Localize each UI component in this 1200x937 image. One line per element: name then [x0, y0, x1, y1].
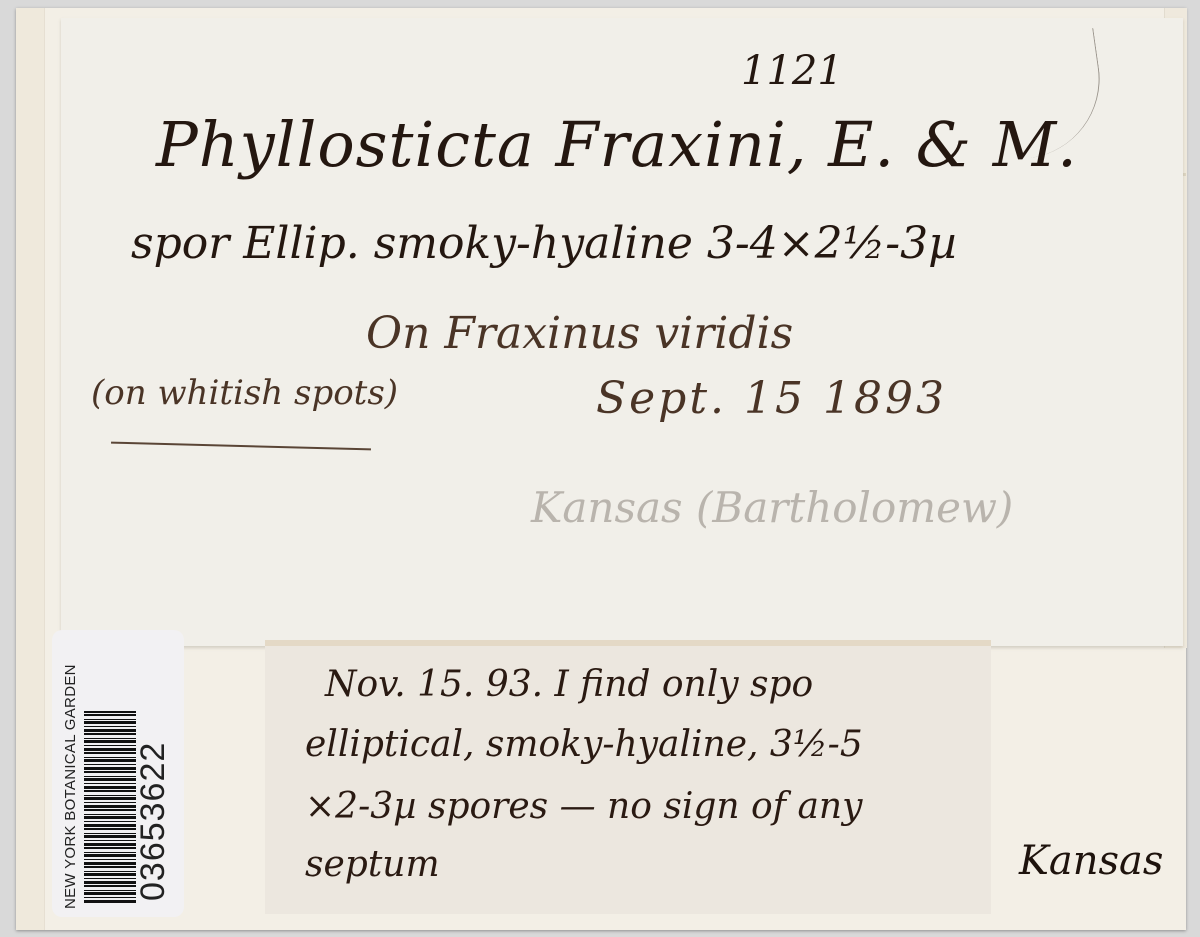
- spore-description: spor Ellip. smoky-hyaline 3-4×2½-3µ: [131, 218, 957, 269]
- barcode-label: NEW YORK BOTANICAL GARDEN 03653622: [52, 630, 184, 917]
- folded-paper-strip-left: [16, 8, 45, 930]
- barcode-icon: [84, 711, 136, 903]
- habitat-note-underline: [111, 442, 371, 451]
- habitat-note: (on whitish spots): [91, 373, 398, 413]
- catalog-number: 1121: [741, 48, 843, 94]
- collection-date: Sept. 15 1893: [596, 373, 947, 424]
- annotation-slip: Nov. 15. 93. I find only spo elliptical,…: [265, 640, 991, 914]
- annotation-line: Nov. 15. 93. I find only spo: [325, 664, 813, 705]
- herbarium-sheet: 1121 Phyllosticta Fraxini, E. & M. spor …: [16, 8, 1186, 930]
- specimen-label-card: 1121 Phyllosticta Fraxini, E. & M. spor …: [61, 18, 1183, 646]
- annotation-line: elliptical, smoky-hyaline, 3½-5: [305, 724, 863, 765]
- annotation-line: ×2-3µ spores — no sign of any: [305, 786, 862, 827]
- institution-name: NEW YORK BOTANICAL GARDEN: [62, 639, 79, 909]
- locality-collector: Kansas (Bartholomew): [531, 483, 1013, 532]
- barcode-label-content: NEW YORK BOTANICAL GARDEN 03653622: [58, 639, 178, 909]
- host-plant: On Fraxinus viridis: [366, 308, 793, 359]
- annotation-line: septum: [305, 844, 440, 885]
- species-name: Phyllosticta Fraxini, E. & M.: [156, 108, 1078, 181]
- barcode-number: 03653622: [134, 641, 173, 901]
- sheet-locality: Kansas: [1019, 838, 1163, 884]
